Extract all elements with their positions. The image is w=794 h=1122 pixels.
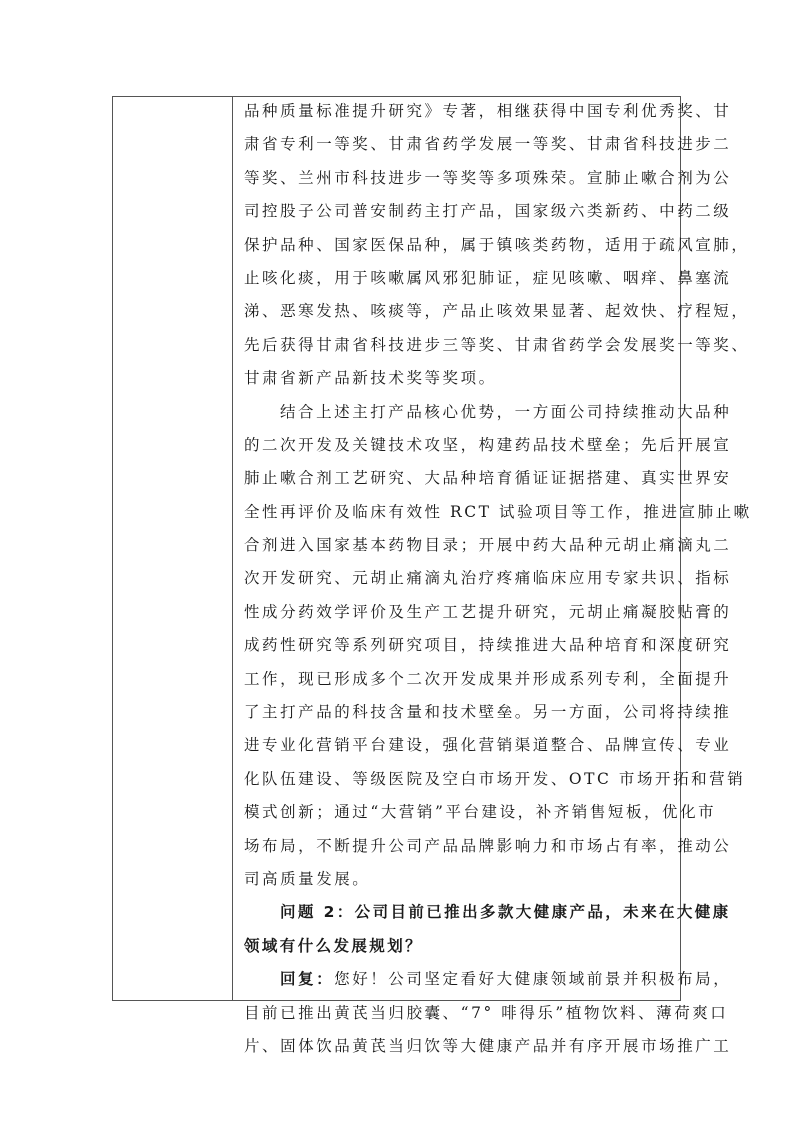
text-line: 的二次开发及关键技术攻坚，构建药品技术壁垒；先后开展宣 (244, 429, 680, 462)
text-line: 先后获得甘肃省科技进步三等奖、甘肃省药学会发展奖一等奖、 (244, 329, 680, 362)
text-line: 片、固体饮品黄芪当归饮等大健康产品并有序开展市场推广工 (244, 1030, 680, 1063)
text-line: 司控股子公司普安制药主打产品，国家级六类新药、中药二级 (244, 195, 680, 228)
text-line: 进专业化营销平台建设，强化营销渠道整合、品牌宣传、专业 (244, 729, 680, 762)
text-line: 工作，现已形成多个二次开发成果并形成系列专利，全面提升 (244, 663, 680, 696)
text-line: 场布局，不断提升公司产品品牌影响力和市场占有率，推动公 (244, 830, 680, 863)
text-line: 性成分药效学评价及生产工艺提升研究，元胡止痛凝胶贴膏的 (244, 596, 680, 629)
text-line: 目前已推出黄芪当归胶囊、“7° 啡得乐”植物饮料、薄荷爽口 (244, 997, 680, 1030)
question-heading: 问题 2：公司目前已推出多款大健康产品，未来在大健康 (244, 896, 680, 929)
table-left-cell (113, 97, 233, 1000)
text-line: 等奖、兰州市科技进步一等奖等多项殊荣。宣肺止嗽合剂为公 (244, 162, 680, 195)
text-line: 合剂进入国家基本药物目录；开展中药大品种元胡止痛滴丸二 (244, 529, 680, 562)
text-line: 全性再评价及临床有效性 RCT 试验项目等工作，推进宣肺止嗽 (244, 496, 680, 529)
text-line: 了主打产品的科技含量和技术壁垒。另一方面，公司将持续推 (244, 696, 680, 729)
text-line: 肺止嗽合剂工艺研究、大品种培育循证证据搭建、真实世界安 (244, 462, 680, 495)
answer-text: 您好！公司坚定看好大健康领域前景并积极布局， (334, 970, 731, 988)
text-line: 司高质量发展。 (244, 863, 680, 896)
text-line: 保护品种、国家医保品种，属于镇咳类药物，适用于疏风宣肺， (244, 229, 680, 262)
text-line: 化队伍建设、等级医院及空白市场开发、OTC 市场开拓和营销 (244, 763, 680, 796)
text-line: 品种质量标准提升研究》专著，相继获得中国专利优秀奖、甘 (244, 95, 680, 128)
question-heading: 领域有什么发展规划？ (244, 930, 680, 963)
text-line: 止咳化痰，用于咳嗽属风邪犯肺证，症见咳嗽、咽痒、鼻塞流 (244, 262, 680, 295)
text-line: 结合上述主打产品核心优势，一方面公司持续推动大品种 (244, 396, 680, 429)
text-line: 模式创新；通过“大营销”平台建设，补齐销售短板，优化市 (244, 796, 680, 829)
text-line: 肃省专利一等奖、甘肃省药学发展一等奖、甘肃省科技进步二 (244, 128, 680, 161)
answer-label: 回复： (280, 970, 334, 988)
text-line: 涕、恶寒发热、咳痰等，产品止咳效果显著、起效快、疗程短， (244, 295, 680, 328)
table-right-cell: 品种质量标准提升研究》专著，相继获得中国专利优秀奖、甘 肃省专利一等奖、甘肃省药… (233, 97, 680, 1000)
text-line: 成药性研究等系列研究项目，持续推进大品种培育和深度研究 (244, 629, 680, 662)
content-table: 品种质量标准提升研究》专著，相继获得中国专利优秀奖、甘 肃省专利一等奖、甘肃省药… (112, 96, 681, 1001)
text-line: 甘肃省新产品新技术奖等奖项。 (244, 362, 680, 395)
answer-line: 回复：您好！公司坚定看好大健康领域前景并积极布局， (244, 963, 680, 996)
text-line: 次开发研究、元胡止痛滴丸治疗疼痛临床应用专家共识、指标 (244, 562, 680, 595)
